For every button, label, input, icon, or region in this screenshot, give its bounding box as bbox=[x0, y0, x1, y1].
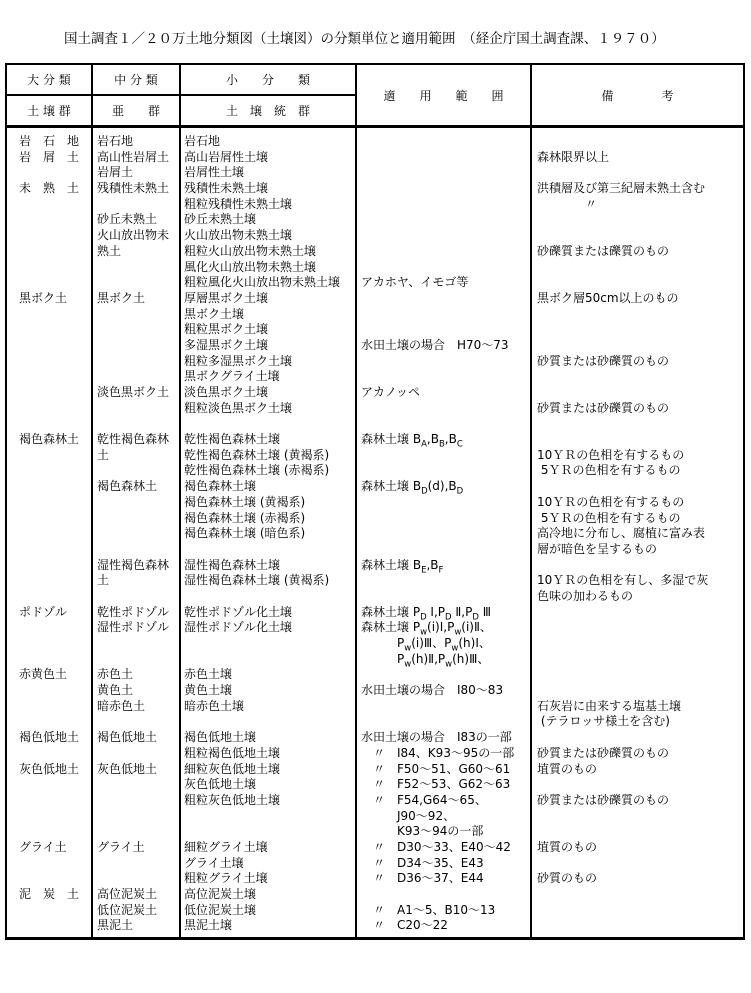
cell-line bbox=[537, 558, 743, 574]
cell-line bbox=[537, 275, 743, 291]
cell-line bbox=[361, 448, 530, 464]
cell-line bbox=[19, 275, 91, 291]
cell-line: 10ＹＲの色相を有するもの bbox=[537, 495, 743, 511]
header-minor-class: 小 分 類 bbox=[181, 65, 355, 96]
cell-line: 乾性褐色森林土壌 bbox=[184, 432, 355, 448]
cell-line: 砂質または砂礫質のもの bbox=[537, 793, 743, 809]
cell-line: 黒ボクグライ土壌 bbox=[184, 369, 355, 385]
cell-line bbox=[97, 463, 179, 479]
cell-line bbox=[537, 887, 743, 903]
cell-line: 褐色森林土壌 bbox=[184, 479, 355, 495]
cell-line: 粗粒風化火山放出物未熟土壌 bbox=[184, 275, 355, 291]
cell-line: 〃 A1〜5、B10〜13 bbox=[361, 903, 530, 919]
cell-line: 未 熟 土 bbox=[19, 181, 91, 197]
cell-line bbox=[537, 620, 743, 636]
cell-line: 洪積層及び第三紀層未熟土含む bbox=[537, 181, 743, 197]
cell-line: 赤色土壌 bbox=[184, 667, 355, 683]
cell-line: 水田土壌の場合 I83の一部 bbox=[361, 730, 530, 746]
header-soil-series-group: 土 壌 統 群 bbox=[181, 96, 355, 125]
table-header: 大 分 類 土 壌 群 中 分 類 亜 群 小 分 類 土 壌 統 群 適 用 … bbox=[7, 65, 743, 128]
cell-line: 細粒灰色低地土壌 bbox=[184, 762, 355, 778]
cell-line bbox=[19, 918, 91, 934]
cell-line: 褐色森林土 bbox=[19, 432, 91, 448]
cell-line bbox=[537, 134, 743, 150]
cell-line: 灰色低地土 bbox=[19, 762, 91, 778]
cell-line bbox=[97, 197, 179, 213]
cell-line: 熟土 bbox=[97, 244, 179, 260]
cell-line bbox=[19, 589, 91, 605]
cell-line bbox=[361, 401, 530, 417]
cell-line bbox=[19, 542, 91, 558]
cell-line: 〃 F50〜51、G60〜61 bbox=[361, 762, 530, 778]
cell-line bbox=[537, 369, 743, 385]
column-middle-class: 岩石地高山性岩屑土岩屑土残積性未熟土砂丘未熟土火山放出物未熟土黒ボク土淡色黒ボク… bbox=[91, 128, 179, 937]
cell-line: 森林土壌 BA,BB,BC bbox=[361, 432, 530, 448]
cell-line bbox=[19, 856, 91, 872]
cell-line: 褐色低地土壌 bbox=[184, 730, 355, 746]
cell-line bbox=[97, 589, 179, 605]
cell-line: J90〜92、 bbox=[361, 809, 530, 825]
cell-line bbox=[537, 652, 743, 668]
cell-line bbox=[19, 699, 91, 715]
cell-line bbox=[19, 448, 91, 464]
cell-line bbox=[184, 542, 355, 558]
cell-line: 暗赤色土壌 bbox=[184, 699, 355, 715]
cell-line: 粗粒火山放出物未熟土壌 bbox=[184, 244, 355, 260]
cell-line bbox=[19, 197, 91, 213]
cell-line: Pw(h)Ⅱ,Pw(h)Ⅲ、 bbox=[361, 652, 530, 668]
cell-line: (テラロッサ様土を含む) bbox=[537, 714, 743, 730]
cell-line: 埴質のもの bbox=[537, 762, 743, 778]
cell-line: 褐色森林土壌 (黄褐系) bbox=[184, 495, 355, 511]
cell-line bbox=[19, 511, 91, 527]
cell-line: 泥 炭 土 bbox=[19, 887, 91, 903]
cell-line: 岩 屑 土 bbox=[19, 150, 91, 166]
cell-line bbox=[184, 714, 355, 730]
cell-line bbox=[19, 636, 91, 652]
header-middle-class-cell: 中 分 類 亜 群 bbox=[91, 65, 179, 125]
cell-line bbox=[537, 479, 743, 495]
cell-line bbox=[537, 260, 743, 276]
cell-line bbox=[97, 369, 179, 385]
cell-line bbox=[97, 809, 179, 825]
cell-line: 森林限界以上 bbox=[537, 150, 743, 166]
cell-line: 5ＹＲの色相を有するもの bbox=[537, 511, 743, 527]
cell-line bbox=[361, 212, 530, 228]
cell-line bbox=[537, 605, 743, 621]
cell-line: 黒ボク層50cm以上のもの bbox=[537, 291, 743, 307]
cell-line bbox=[97, 401, 179, 417]
cell-line bbox=[19, 369, 91, 385]
cell-line: 赤黄色土 bbox=[19, 667, 91, 683]
column-remarks: 森林限界以上洪積層及び第三紀層未熟土含む 〃砂礫質または礫質のもの黒ボク層50c… bbox=[530, 128, 743, 937]
cell-line bbox=[361, 244, 530, 260]
cell-line bbox=[361, 307, 530, 323]
cell-line: 粗粒多湿黒ボク土壌 bbox=[184, 354, 355, 370]
cell-line: 火山放出物未熟土壌 bbox=[184, 228, 355, 244]
cell-line bbox=[19, 652, 91, 668]
cell-line: 湿性褐色森林土壌 bbox=[184, 558, 355, 574]
cell-line bbox=[19, 228, 91, 244]
cell-line: 黄色土 bbox=[97, 683, 179, 699]
cell-line bbox=[97, 495, 179, 511]
cell-line bbox=[361, 197, 530, 213]
cell-line bbox=[361, 369, 530, 385]
cell-line bbox=[97, 511, 179, 527]
cell-line: 〃 D34〜35、E43 bbox=[361, 856, 530, 872]
page-title: 国土調査１／２０万土地分類図（土壌図）の分類単位と適用範囲 （経企庁国土調査課、… bbox=[64, 31, 665, 47]
cell-line bbox=[19, 354, 91, 370]
cell-line bbox=[361, 542, 530, 558]
cell-line bbox=[537, 416, 743, 432]
cell-line: 高位泥炭土壌 bbox=[184, 887, 355, 903]
cell-line bbox=[361, 573, 530, 589]
cell-line: 高冷地に分布し、腐植に富み表 bbox=[537, 526, 743, 542]
cell-line bbox=[184, 416, 355, 432]
cell-line: 高山性岩屑土 bbox=[97, 150, 179, 166]
cell-line: 岩屑性土壌 bbox=[184, 165, 355, 181]
header-minor-class-cell: 小 分 類 土 壌 統 群 bbox=[179, 65, 355, 125]
cell-line bbox=[537, 667, 743, 683]
cell-line: グライ土壌 bbox=[184, 856, 355, 872]
cell-line: 高位泥炭土 bbox=[97, 887, 179, 903]
cell-line bbox=[537, 903, 743, 919]
cell-line: 〃 bbox=[537, 197, 743, 213]
cell-line bbox=[361, 495, 530, 511]
cell-line bbox=[19, 573, 91, 589]
cell-line bbox=[19, 479, 91, 495]
cell-line bbox=[537, 856, 743, 872]
cell-line bbox=[361, 150, 530, 166]
cell-line bbox=[19, 260, 91, 276]
cell-line bbox=[97, 714, 179, 730]
cell-line bbox=[361, 228, 530, 244]
cell-line bbox=[97, 526, 179, 542]
cell-line: 褐色低地土 bbox=[97, 730, 179, 746]
cell-line bbox=[97, 354, 179, 370]
cell-line bbox=[537, 730, 743, 746]
cell-line bbox=[97, 416, 179, 432]
cell-line: 土 bbox=[97, 573, 179, 589]
cell-line: 岩石地 bbox=[97, 134, 179, 150]
header-application-range: 適 用 範 囲 bbox=[355, 65, 530, 125]
cell-line: 〃 I84、K93〜95の一部 bbox=[361, 746, 530, 762]
cell-line: K93〜94の一部 bbox=[361, 824, 530, 840]
cell-line bbox=[537, 385, 743, 401]
cell-line: 5ＹＲの色相を有するもの bbox=[537, 463, 743, 479]
cell-line bbox=[19, 903, 91, 919]
cell-line: 粗粒黒ボク土壌 bbox=[184, 322, 355, 338]
cell-line: 層が暗色を呈するもの bbox=[537, 542, 743, 558]
cell-line: 砂質または砂礫質のもの bbox=[537, 401, 743, 417]
cell-line bbox=[361, 887, 530, 903]
cell-line: 色味の加わるもの bbox=[537, 589, 743, 605]
cell-line: 砂丘未熟土 bbox=[97, 212, 179, 228]
cell-line bbox=[19, 824, 91, 840]
cell-line bbox=[97, 338, 179, 354]
header-soil-group: 土 壌 群 bbox=[7, 96, 91, 125]
cell-line: 低位泥炭土 bbox=[97, 903, 179, 919]
cell-line: 黄色土壌 bbox=[184, 683, 355, 699]
cell-line: 残積性未熟土壌 bbox=[184, 181, 355, 197]
cell-line bbox=[361, 354, 530, 370]
cell-line: 高山岩屑性土壌 bbox=[184, 150, 355, 166]
cell-line bbox=[19, 809, 91, 825]
cell-line: 黒泥土 bbox=[97, 918, 179, 934]
cell-line bbox=[97, 322, 179, 338]
cell-line bbox=[537, 824, 743, 840]
cell-line bbox=[19, 212, 91, 228]
cell-line: 細粒グライ土壌 bbox=[184, 840, 355, 856]
cell-line: 粗粒残積性未熟土壌 bbox=[184, 197, 355, 213]
header-major-class: 大 分 類 bbox=[7, 65, 91, 96]
header-middle-class: 中 分 類 bbox=[93, 65, 179, 96]
cell-line: 岩石地 bbox=[184, 134, 355, 150]
cell-line bbox=[537, 322, 743, 338]
cell-line: 多湿黒ボク土壌 bbox=[184, 338, 355, 354]
header-major-class-cell: 大 分 類 土 壌 群 bbox=[7, 65, 91, 125]
cell-line: 湿性ポドゾル bbox=[97, 620, 179, 636]
cell-line: 湿性褐色森林 bbox=[97, 558, 179, 574]
cell-line bbox=[361, 134, 530, 150]
cell-line: 森林土壌 Pw(i)Ⅰ,Pw(i)Ⅱ、 bbox=[361, 620, 530, 636]
header-subgroup: 亜 群 bbox=[93, 96, 179, 125]
cell-line: 森林土壌 BE,BF bbox=[361, 558, 530, 574]
cell-line bbox=[97, 275, 179, 291]
cell-line: 黒ボク土壌 bbox=[184, 307, 355, 323]
cell-line bbox=[19, 777, 91, 793]
cell-line bbox=[19, 558, 91, 574]
cell-line: 粗粒グライ土壌 bbox=[184, 871, 355, 887]
cell-line bbox=[184, 824, 355, 840]
cell-line: グライ土 bbox=[97, 840, 179, 856]
cell-line bbox=[97, 746, 179, 762]
cell-line bbox=[19, 165, 91, 181]
cell-line: 10ＹＲの色相を有し、多湿で灰 bbox=[537, 573, 743, 589]
cell-line bbox=[361, 667, 530, 683]
cell-line bbox=[19, 416, 91, 432]
cell-line bbox=[19, 307, 91, 323]
cell-line bbox=[361, 165, 530, 181]
cell-line bbox=[184, 589, 355, 605]
cell-line bbox=[361, 699, 530, 715]
cell-line bbox=[537, 777, 743, 793]
cell-line bbox=[361, 181, 530, 197]
cell-line: 火山放出物未 bbox=[97, 228, 179, 244]
cell-line bbox=[361, 714, 530, 730]
cell-line: 〃 F54,G64〜65、 bbox=[361, 793, 530, 809]
cell-line bbox=[537, 683, 743, 699]
cell-line bbox=[97, 777, 179, 793]
cell-line: 厚層黒ボク土壌 bbox=[184, 291, 355, 307]
cell-line: 砂質のもの bbox=[537, 871, 743, 887]
cell-line bbox=[537, 165, 743, 181]
cell-line: 埴質のもの bbox=[537, 840, 743, 856]
cell-line: 赤色土 bbox=[97, 667, 179, 683]
cell-line: 乾性褐色森林土壌 (黄褐系) bbox=[184, 448, 355, 464]
cell-line bbox=[537, 918, 743, 934]
cell-line bbox=[361, 526, 530, 542]
cell-line bbox=[361, 463, 530, 479]
cell-line: 黒泥土壌 bbox=[184, 918, 355, 934]
cell-line bbox=[19, 495, 91, 511]
cell-line bbox=[537, 228, 743, 244]
cell-line bbox=[184, 809, 355, 825]
cell-line bbox=[19, 871, 91, 887]
cell-line: 風化火山放出物未熟土壌 bbox=[184, 260, 355, 276]
cell-line: 森林土壌 BD(d),BD bbox=[361, 479, 530, 495]
header-remarks: 備 考 bbox=[530, 65, 743, 125]
cell-line: 〃 C20〜22 bbox=[361, 918, 530, 934]
cell-line: 粗粒灰色低地土壌 bbox=[184, 793, 355, 809]
cell-line bbox=[97, 856, 179, 872]
cell-line bbox=[184, 652, 355, 668]
cell-line bbox=[97, 871, 179, 887]
cell-line: 淡色黒ボク土 bbox=[97, 385, 179, 401]
cell-line: 粗粒褐色低地土壌 bbox=[184, 746, 355, 762]
cell-line bbox=[19, 746, 91, 762]
cell-line bbox=[537, 636, 743, 652]
cell-line bbox=[361, 291, 530, 307]
cell-line: 湿性褐色森林土壌 (黄褐系) bbox=[184, 573, 355, 589]
cell-line bbox=[19, 322, 91, 338]
cell-line: 岩 石 地 bbox=[19, 134, 91, 150]
table-body: 岩 石 地岩 屑 土未 熟 土黒ボク土褐色森林土ポドゾル赤黄色土褐色低地土灰色低… bbox=[7, 128, 743, 937]
column-minor-class: 岩石地高山岩屑性土壌岩屑性土壌残積性未熟土壌粗粒残積性未熟土壌砂丘未熟土壌火山放… bbox=[179, 128, 355, 937]
cell-line: 褐色森林土壌 (赤褐系) bbox=[184, 511, 355, 527]
cell-line: Pw(i)Ⅲ、Pw(h)Ⅰ、 bbox=[361, 636, 530, 652]
cell-line: ポドゾル bbox=[19, 605, 91, 621]
cell-line bbox=[19, 620, 91, 636]
cell-line bbox=[537, 212, 743, 228]
cell-line bbox=[537, 809, 743, 825]
cell-line: 灰色低地土壌 bbox=[184, 777, 355, 793]
cell-line: 褐色森林土 bbox=[97, 479, 179, 495]
cell-line bbox=[19, 714, 91, 730]
cell-line: 〃 D36〜37、E44 bbox=[361, 871, 530, 887]
cell-line bbox=[97, 652, 179, 668]
cell-line: 黒ボク土 bbox=[97, 291, 179, 307]
cell-line bbox=[537, 432, 743, 448]
column-application-range: アカホヤ、イモゴ等水田土壌の場合 H70〜73アカノッペ森林土壌 BA,BB,B… bbox=[355, 128, 530, 937]
cell-line: 暗赤色土 bbox=[97, 699, 179, 715]
cell-line bbox=[19, 244, 91, 260]
cell-line: 灰色低地土 bbox=[97, 762, 179, 778]
cell-line bbox=[97, 542, 179, 558]
cell-line: 森林土壌 PD Ⅰ,PD Ⅱ,PD Ⅲ bbox=[361, 605, 530, 621]
cell-line: 10ＹＲの色相を有するもの bbox=[537, 448, 743, 464]
cell-line: 褐色森林土壌 (暗色系) bbox=[184, 526, 355, 542]
cell-line: 石灰岩に由来する塩基土壌 bbox=[537, 699, 743, 715]
cell-line: 砂質または砂礫質のもの bbox=[537, 354, 743, 370]
cell-line bbox=[361, 589, 530, 605]
cell-line: 砂礫質または礫質のもの bbox=[537, 244, 743, 260]
cell-line: 黒ボク土 bbox=[19, 291, 91, 307]
cell-line: 粗粒淡色黒ボク土壌 bbox=[184, 401, 355, 417]
cell-line: 低位泥炭土壌 bbox=[184, 903, 355, 919]
cell-line: 〃 F52〜53、G62〜63 bbox=[361, 777, 530, 793]
cell-line: 水田土壌の場合 I80〜83 bbox=[361, 683, 530, 699]
cell-line: 砂質または砂礫質のもの bbox=[537, 746, 743, 762]
soil-classification-table: 大 分 類 土 壌 群 中 分 類 亜 群 小 分 類 土 壌 統 群 適 用 … bbox=[5, 63, 745, 940]
cell-line bbox=[19, 463, 91, 479]
cell-line: 水田土壌の場合 H70〜73 bbox=[361, 338, 530, 354]
cell-line bbox=[361, 511, 530, 527]
cell-line: アカホヤ、イモゴ等 bbox=[361, 275, 530, 291]
cell-line bbox=[97, 307, 179, 323]
cell-line bbox=[19, 338, 91, 354]
cell-line: 乾性ポドゾル化土壌 bbox=[184, 605, 355, 621]
cell-line bbox=[97, 824, 179, 840]
cell-line bbox=[184, 636, 355, 652]
cell-line: 乾性褐色森林 bbox=[97, 432, 179, 448]
cell-line bbox=[97, 636, 179, 652]
cell-line bbox=[19, 793, 91, 809]
cell-line bbox=[361, 260, 530, 276]
cell-line bbox=[97, 793, 179, 809]
cell-line: 淡色黒ボク土壌 bbox=[184, 385, 355, 401]
cell-line bbox=[537, 307, 743, 323]
cell-line: 残積性未熟土 bbox=[97, 181, 179, 197]
cell-line: 褐色低地土 bbox=[19, 730, 91, 746]
cell-line: アカノッペ bbox=[361, 385, 530, 401]
cell-line bbox=[361, 416, 530, 432]
page: 国土調査１／２０万土地分類図（土壌図）の分類単位と適用範囲 （経企庁国土調査課、… bbox=[0, 0, 751, 993]
cell-line: 〃 D30〜33、E40〜42 bbox=[361, 840, 530, 856]
cell-line bbox=[537, 338, 743, 354]
cell-line: 乾性褐色森林土壌 (赤褐系) bbox=[184, 463, 355, 479]
column-major-class: 岩 石 地岩 屑 土未 熟 土黒ボク土褐色森林土ポドゾル赤黄色土褐色低地土灰色低… bbox=[7, 128, 91, 937]
cell-line: 湿性ポドゾル化土壌 bbox=[184, 620, 355, 636]
cell-line bbox=[361, 322, 530, 338]
cell-line: 砂丘未熟土壌 bbox=[184, 212, 355, 228]
cell-line: 岩屑土 bbox=[97, 165, 179, 181]
cell-line bbox=[97, 260, 179, 276]
cell-line: 乾性ポドゾル bbox=[97, 605, 179, 621]
cell-line bbox=[19, 401, 91, 417]
cell-line bbox=[19, 526, 91, 542]
cell-line bbox=[19, 683, 91, 699]
cell-line: グライ土 bbox=[19, 840, 91, 856]
cell-line bbox=[19, 385, 91, 401]
cell-line: 土 bbox=[97, 448, 179, 464]
